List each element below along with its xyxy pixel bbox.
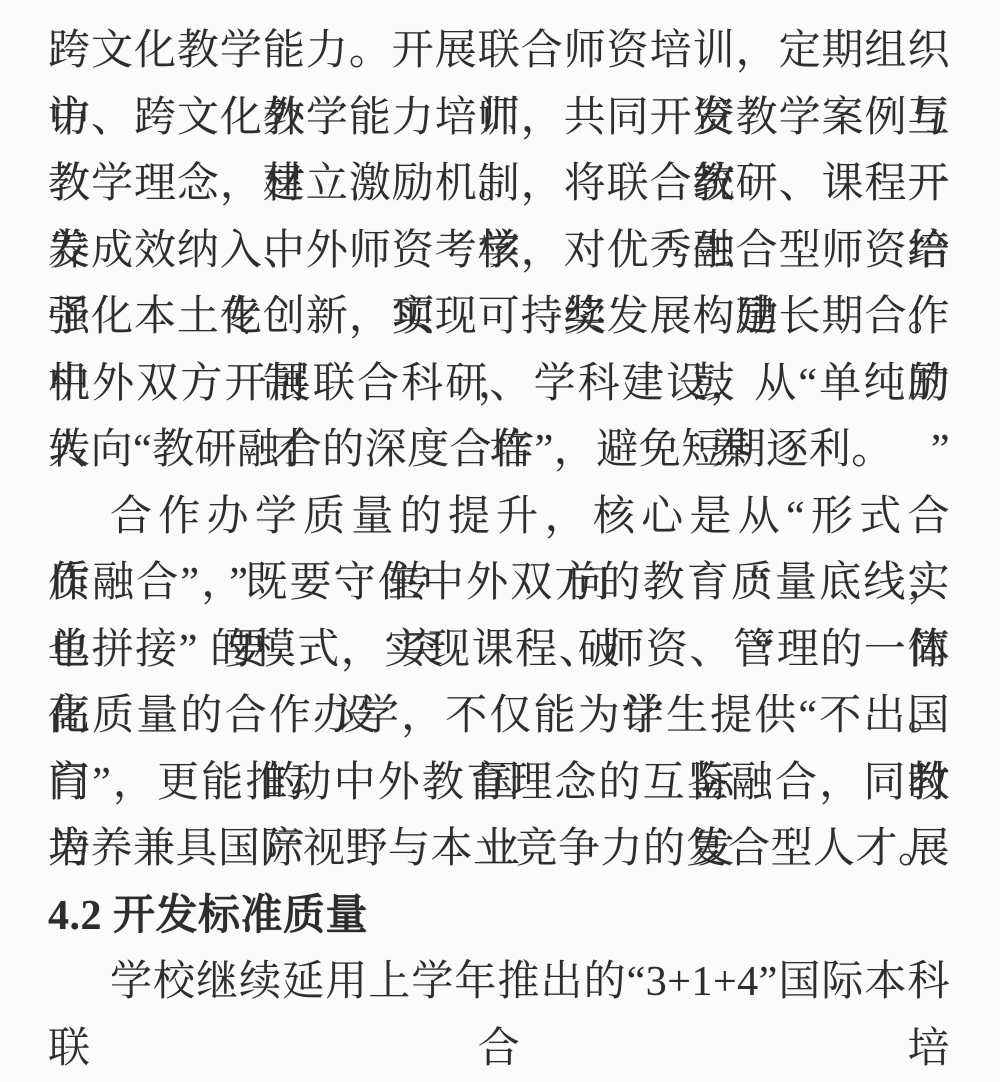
text-line: 教学理念，建立激励机制，将联合教研、课程开发、学生培 bbox=[48, 151, 950, 218]
text-line: 培养兼具国际视野与本土竞争力的复合型人才。 bbox=[48, 816, 950, 883]
text-line: 强化本土化创新，实现可持续发展构建长期合作机制，鼓励 bbox=[48, 284, 950, 351]
text-line: 合作办学质量的提升，核心是从“形式合作”转向“实 bbox=[48, 484, 950, 551]
text-line: 养成效纳入中外师资考核，对优秀融合型师资给予专项奖励。 bbox=[48, 218, 950, 285]
text-line: 质融合”，既要守住中外双方的教育质量底线，也要突破“简 bbox=[48, 550, 950, 617]
text-line: 访、跨文化教学能力培训，共同开发教学案例与教材。统一 bbox=[48, 85, 950, 152]
section-heading: 4.2 开发标准质量 bbox=[48, 883, 950, 950]
paragraph-3: 学校继续延用上学年推出的“3+1+4”国际本科联合培 bbox=[48, 949, 950, 1000]
text-line: 高质量的合作办学，不仅能为学生提供“不出国门的国际教 bbox=[48, 683, 950, 750]
paragraph-2: 合作办学质量的提升，核心是从“形式合作”转向“实 质融合”，既要守住中外双方的教… bbox=[48, 484, 950, 883]
paragraph-1: 跨文化教学能力。开展联合师资培训，定期组织中外师资互 访、跨文化教学能力培训，共… bbox=[48, 18, 950, 484]
text-line: 跨文化教学能力。开展联合师资培训，定期组织中外师资互 bbox=[48, 18, 950, 85]
text-line: 单拼接” 的模式，实现课程、师资、管理的一体化设计。 bbox=[48, 617, 950, 684]
text-line: 转向“教研融合的深度合作”，避免短期逐利。 bbox=[48, 417, 950, 484]
text-line: 中外双方开展联合科研、学科建设，从“单纯的人才培养” bbox=[48, 351, 950, 418]
document-page: 跨文化教学能力。开展联合师资培训，定期组织中外师资互 访、跨文化教学能力培训，共… bbox=[0, 0, 1000, 1000]
text-line: 育”，更能推动中外教育理念的互鉴融合，同时为产业发展 bbox=[48, 750, 950, 817]
text-line: 学校继续延用上学年推出的“3+1+4”国际本科联合培 bbox=[48, 949, 950, 1000]
